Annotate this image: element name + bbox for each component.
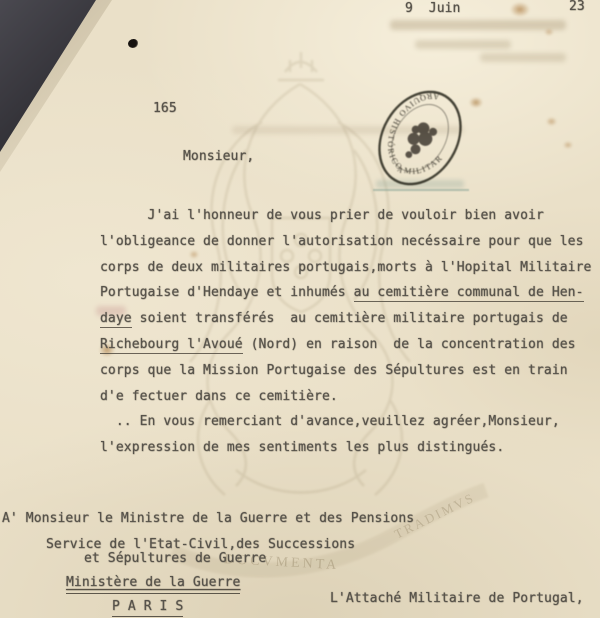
body-line: corps de deux militaires portugais,morts…: [100, 261, 591, 275]
foxing-stain: [189, 250, 199, 259]
body-line: Richebourg l'Avoué (Nord) en raison de l…: [100, 338, 576, 352]
signature-line: L'Attaché Militaire de Portugal,: [330, 592, 584, 606]
body-line: l'expression de mes sentiments les plus …: [100, 441, 504, 455]
typed-text: d'e fectuer dans ce cemitière.: [100, 389, 338, 404]
foxing-stain: [510, 2, 530, 17]
typed-text: l'expression de mes sentiments les plus …: [100, 440, 504, 455]
body-line: Portugaise d'Hendaye et inhumés au cemit…: [100, 286, 584, 300]
archive-stamp: ARQUIVO HISTÓRICO MILITAR A: [355, 68, 485, 213]
ink-blot: [128, 39, 138, 48]
recipient-line-1: A' Monsieur le Ministre de la Guerre et …: [2, 512, 414, 526]
foxing-stain: [546, 117, 557, 126]
bleedthrough-mark: [480, 53, 566, 62]
date-text: 9 Juin: [405, 2, 461, 16]
torn-corner-background: [0, 0, 120, 170]
bleedthrough-mark: [415, 40, 511, 49]
recipient-line-2: Service de l'Etat-Civil,des Successions: [46, 538, 355, 552]
typed-text: soient transférés au cemitière militaire…: [132, 311, 568, 326]
underlined-text: Richebourg l'Avoué: [100, 337, 243, 354]
year-text: 23: [569, 0, 585, 14]
ministry-line: Ministère de la Guerre: [66, 575, 240, 594]
bleedthrough-mark: [390, 20, 566, 30]
typed-text: (Nord) en raison de la concentration des: [243, 337, 576, 352]
foxing-stain: [544, 28, 554, 36]
underlined-text: au cemitière communal de Hen-: [354, 285, 584, 302]
typed-text: Portugaise d'Hendaye et inhumés: [100, 285, 354, 300]
salutation: Monsieur,: [183, 150, 254, 164]
body-line: d'e fectuer dans ce cemitière.: [100, 390, 338, 404]
underlined-text: daye: [100, 311, 132, 328]
body-line: .. En vous remerciant d'avance,veuillez …: [100, 415, 560, 429]
reference-number: 165: [153, 102, 177, 116]
typed-text: corps de deux militaires portugais,morts…: [100, 260, 591, 275]
letter-page: DOCVMENTA TRADIMVS 9 Juin 23 165 Monsieu…: [0, 0, 600, 618]
foxing-stain: [563, 141, 573, 149]
body-line: l'obligeance de donner l'autorisation ne…: [100, 235, 584, 249]
typed-text: .. En vous remerciant d'avance,veuillez …: [100, 414, 560, 429]
typed-text: l'obligeance de donner l'autorisation ne…: [100, 234, 584, 249]
recipient-line-3: et Sépultures de Guerre: [84, 552, 266, 566]
stamp-crest: [398, 118, 439, 164]
body-line: daye soient transférés au cemitière mili…: [100, 312, 568, 326]
body-line: corps que la Mission Portugaise des Sépu…: [100, 364, 568, 378]
typed-text: corps que la Mission Portugaise des Sépu…: [100, 363, 568, 378]
city-line: P A R I S: [112, 599, 183, 617]
